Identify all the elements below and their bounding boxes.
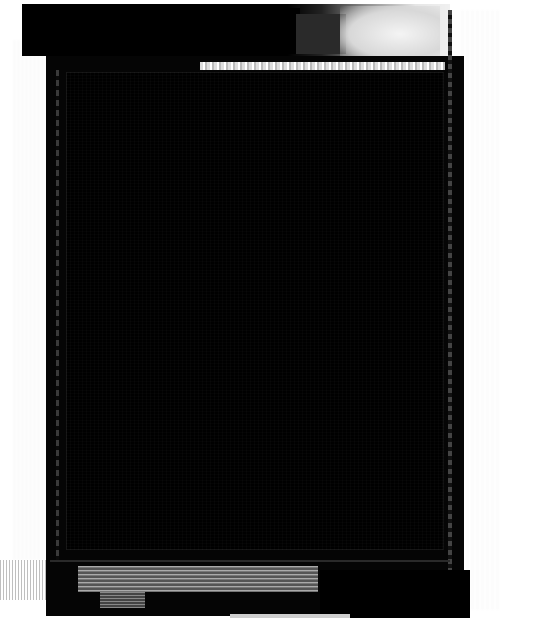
top-dark-strip [22, 8, 300, 54]
right-scratched-edge [448, 10, 452, 600]
bottom-dark-block [320, 570, 470, 618]
bottom-left-speckle [0, 560, 48, 600]
bottom-grey-patch [100, 592, 145, 608]
top-grey-patch [296, 14, 346, 54]
image-description: Grunge distressed photo frame texture: a… [0, 0, 1, 1]
top-light-stripe [200, 62, 445, 70]
bottom-divider-line [50, 560, 450, 562]
inner-panel-texture [66, 72, 444, 550]
top-light-spray [340, 6, 440, 62]
grunge-frame-image: Grunge distressed photo frame texture: a… [0, 0, 533, 621]
left-scratched-edge [56, 70, 59, 560]
bottom-grey-scratch-band [78, 566, 318, 592]
right-speckle-haze [462, 10, 502, 610]
bottom-light-scratch [230, 614, 350, 618]
